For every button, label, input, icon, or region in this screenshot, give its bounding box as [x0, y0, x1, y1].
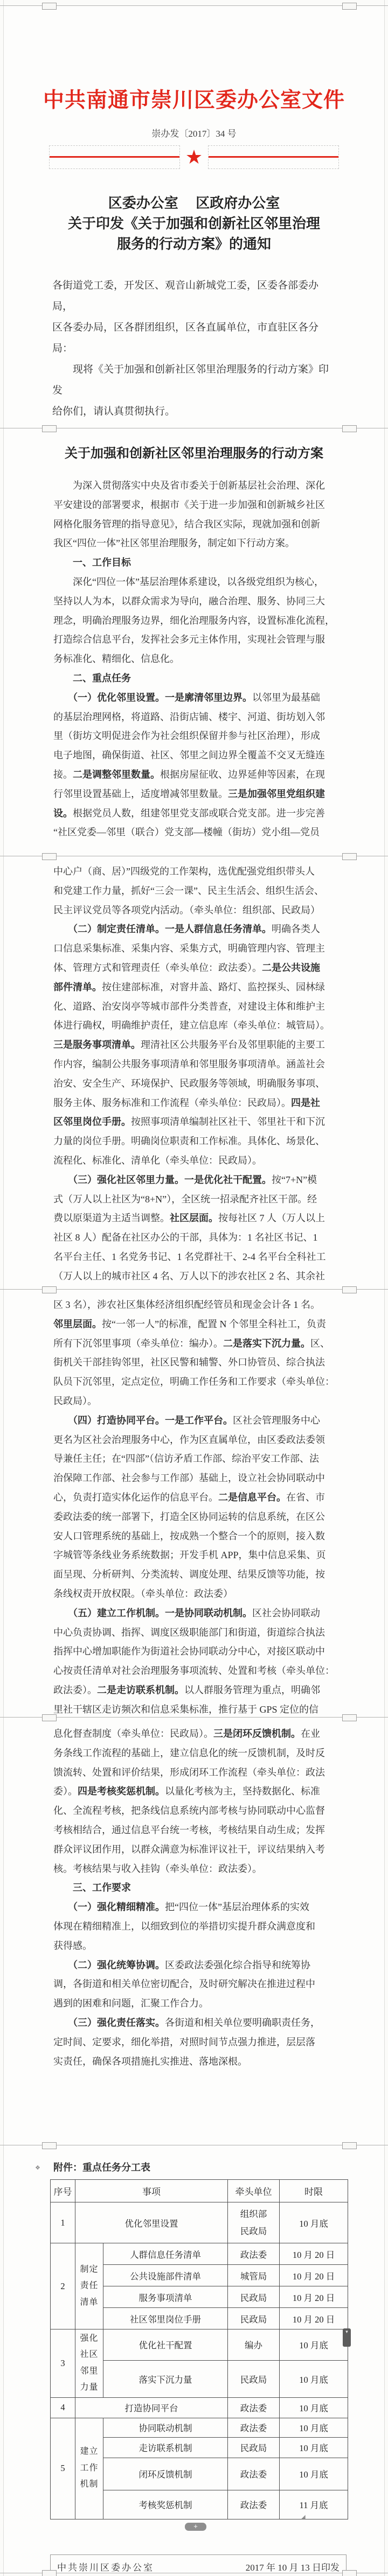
cell-deadline: 10 月 20 日 [280, 2286, 348, 2308]
table-row: 1优化邻里设置组织部民政局10 月底 [51, 2202, 348, 2243]
cell-item: 打造协同平台 [75, 2397, 228, 2418]
body-line: 群众评议团作用，以群众满意为标准评议社干，评议结果纳入考 [53, 1840, 337, 1860]
text-run: 根据房屋征收、边界延伸等因素，在现 [160, 769, 325, 780]
body-line: 社区 8 人）配备在社区办公的干部，具体为：1 名社区书记、1 [53, 1228, 337, 1248]
cell-no: 1 [51, 2202, 75, 2243]
col-header-item: 事项 [75, 2180, 228, 2202]
text-run: 调，各街道和相关单位密切配合，及时研究解决在推进过程中 [53, 1979, 315, 1989]
bold-run: 一是协同联动机制。 [165, 1608, 252, 1618]
body-line: 实责任，确保各项措施扎实推进、落地深根。 [53, 2052, 337, 2072]
text-run: 的基层治理网格，将道路、沿街店铺、楼宇、河道、街坊划入邻 [53, 712, 325, 722]
text-run: 体现在精细精准上，以细致到位的举措切实提升群众满意度和 [53, 1921, 315, 1932]
body-line: 和党建工作力量，抓好“三会一课”、民主生活会、组织生活会、 [53, 882, 337, 901]
body-line: 体进行确权，明确维护责任，建立信息库（牵头单位：城管局）。 [53, 1016, 337, 1036]
bold-run: 二是走访联系机制。 [97, 1685, 184, 1695]
cell-item: 落实下沉力量 [103, 2360, 228, 2397]
text-run: 核。考核结果与收入挂钩（牵头单位：政法委）。 [53, 1863, 262, 1874]
cell-unit: 政法委 [228, 2490, 280, 2519]
margin-mark-icon [342, 3, 357, 10]
cell-deadline: 10 月底 [280, 2458, 348, 2490]
body-line: 三、工作要求 [53, 1878, 337, 1898]
cell-group: 制定责任清单 [75, 2243, 103, 2329]
text-run: 导兼任主任；在“四部”（信访矛盾工作部、综治平安工作部、法 [53, 1453, 319, 1464]
document-number: 崇办发〔2017〕34 号 [4, 126, 384, 139]
cell-line: 组织部 [230, 2206, 278, 2222]
text-run: 作内容，编制公共服务事项清单和邻里服务事项清单。涵盖社会 [53, 1059, 325, 1069]
text-run: 治安、安全生产、环境保护、民政服务等领域，明确服务事项、 [53, 1078, 325, 1089]
divider-right-segment [208, 145, 339, 169]
text-run: 以量化考核为主，坚持数据化、标准 [165, 1786, 320, 1797]
body-line: 更名为区社会治理服务中心，作为区直属单位，由区委政法委领 [53, 1431, 337, 1450]
cell-deadline: 10 月底 [280, 2437, 348, 2458]
plan-title: 关于加强和创新社区邻里治理服务的行动方案 [4, 429, 384, 463]
text-run: 行邻里设置基础上，适度增减邻里数量。 [53, 789, 228, 799]
plan-body-page5: 息化督查制度（牵头单位：民政局）。三是闭环反馈机制。在业务条线工作流程的基础上，… [4, 1725, 384, 2071]
bold-run: 二是公共设施 [262, 962, 320, 973]
body-line: 政法委）。二是走访联系机制。以人群服务管理为重点，明确邻 [53, 1681, 337, 1700]
margin-mark-icon [42, 1714, 57, 1721]
cell-deadline: 10 月 20 日 [280, 2265, 348, 2286]
document-scan: { "accent_red": "#e2251a", "header": { "… [0, 0, 388, 2576]
text-run: 区委政法委强化综合指导和统筹协 [165, 1960, 310, 1970]
cell-deadline: 10 月底 [280, 2202, 348, 2243]
bold-run: 二、重点任务 [53, 673, 131, 684]
text-run: 平安建设的部署要求，根据市《关于进一步加强和创新城乡社区 [53, 499, 325, 510]
task-assignment-table: 序号事项牵头单位时限1优化邻里设置组织部民政局10 月底2制定责任清单人群信息任… [50, 2179, 348, 2519]
bold-run: 一是工作平台。 [165, 1415, 233, 1426]
text-run: 按“7+N”模 [272, 1174, 317, 1185]
body-line: 部件清单。按住建部标准，对窨井盖、路灯、监控探头、园林绿 [53, 978, 337, 997]
body-line: 核。考核结果与收入挂钩（牵头单位：政法委）。 [53, 1860, 337, 1879]
body-line: 调，各街道和相关单位密切配合，及时研究解决在推进过程中 [53, 1975, 337, 1994]
cell-deadline: 11 月底 [280, 2490, 348, 2519]
text-run: 区各委办局，区各群团组织，区各直属单位，市直驻区各分局： [52, 322, 318, 354]
text-run: “社区党委—邻里（联合）党支部—楼幢（街坊）党小组—党员 [53, 827, 320, 837]
cell-group: 强化社区邻里力量 [75, 2329, 103, 2398]
text-run: 群众评议团作用，以群众满意为标准评议社干，评议结果纳入考 [53, 1844, 325, 1855]
cell-item: 公共设施部件清单 [103, 2265, 228, 2286]
scroll-handle-icon[interactable]: ▾ [343, 2328, 351, 2347]
cell-item: 社区邻里岗位手册 [103, 2308, 228, 2329]
body-line: 深化“四位一体”基层治理体系建设，以各级党组织为核心， [53, 573, 337, 592]
text-run: 考核相结合，通过信息平台统一考核，考核结果自动生成；发挥 [53, 1825, 325, 1835]
body-line: 打造综合信息平台，发挥社会多元主体作用，实现社会管理与服 [53, 630, 337, 650]
bold-run: 四是考核奖惩机制。 [78, 1786, 165, 1797]
body-line: 接。二是调整邻里数量。根据房屋征收、边界延伸等因素，在现 [53, 765, 337, 785]
body-line: 体现在精细精准上，以细致到位的举措切实提升群众满意度和 [53, 1917, 337, 1937]
bold-run: 四是社 [291, 1097, 320, 1108]
body-line: 理念，明确治理服务边界，细化治理服务内容，设置标准化流程， [53, 611, 337, 631]
plan-body-page2: 为深入贯彻落实中央及省市委关于创新基层社会治理、深化平安建设的部署要求，根据市《… [4, 476, 384, 842]
text-run: 我区“四位一体”社区邻里治理服务，制定如下行动方案。 [53, 538, 295, 548]
body-line: 作内容，编制公共服务事项清单和邻里服务事项清单。涵盖社会 [53, 1055, 337, 1074]
body-line: 各街道党工委，开发区、观音山新城党工委，区委各部委办局， [52, 275, 336, 317]
text-run: 心，负责打造实体化运作的信息平台。 [53, 1492, 218, 1503]
cell-group: 建立工作机制 [75, 2418, 103, 2519]
body-line: 电子地图，确保街道、社区、邻里之间边界全覆盖不交叉无缝连 [53, 746, 337, 765]
body-line: 中心负责协调、指挥、调度区级职能部门和街道，街道综合执法 [53, 1623, 337, 1643]
margin-mark-icon [42, 853, 57, 860]
body-line: （一）强化精细精准。把“四位一体”基层治理体系的实效 [53, 1898, 337, 1917]
cell-no: 4 [51, 2397, 75, 2418]
body-line: 民政局）。 [53, 1392, 337, 1411]
bold-run: 二是落实下沉力量。 [223, 1338, 310, 1349]
text-run: 坚持以人为本，以群众需求为导向，融合治理、服务、协同三大 [53, 596, 325, 607]
text-run: 打造综合信息平台，发挥社会多元主体作用，实现社会管理与服 [53, 634, 325, 645]
text-run: 民主评议党员等各项党内活动。（牵头单位：组织部、民政局） [53, 905, 320, 916]
text-run: 安人口管理系统的基础上，按成熟一个整合一个的原则，接入数 [53, 1531, 325, 1542]
margin-mark-icon [342, 1714, 357, 1721]
page-break [0, 2145, 388, 2145]
print-footer-issuer: 中共崇川区委办公室 [57, 2560, 154, 2573]
body-line: 设。根据党员人数，组建邻里党支部或联合党支部。进一步完善 [53, 804, 337, 824]
text-run: 根据党员人数，组建邻里党支部或联合党支部。进一步完善 [73, 808, 325, 819]
cell-item: 协同联动机制 [103, 2418, 228, 2437]
cell-item: 服务事项清单 [103, 2286, 228, 2308]
text-run: 按照事项清单编制社区社干、邻里社干和下沉 [131, 1116, 325, 1127]
body-line: 流程化、标准化、清单化（牵头单位：民政局）。 [53, 1151, 337, 1171]
text-run: 里社干辖区走访频次和信息采集标准，推行基于 GPS 定位的信 [53, 1704, 318, 1715]
body-line: 所有下沉邻里事项（牵头单位：编办）。二是落实下沉力量。区、 [53, 1334, 337, 1354]
text-run: 把“四位一体”基层治理体系的实效 [165, 1902, 309, 1912]
bold-run: 一是廓清邻里边界。 [165, 692, 252, 703]
cell-deadline: 10 月底 [280, 2418, 348, 2437]
body-line: 馈流转、处置和评价结果，形成闭环工作流程（牵头单位：政法 [53, 1763, 337, 1783]
cell-unit: 民政局 [228, 2286, 280, 2308]
page-break [0, 5, 388, 6]
text-run: 按每社区 7 人（万人以上 [218, 1213, 325, 1223]
bold-run: （三）强化社区邻里力量。 [53, 1174, 184, 1185]
body-line: 民主评议党员等各项党内活动。（牵头单位：组织部、民政局） [53, 901, 337, 920]
margin-mark-icon [42, 2570, 57, 2576]
body-line: 化、道路、治安岗亭等城市部件分类普查，对建设主体和维护主 [53, 997, 337, 1017]
bold-run: 一、工作目标 [53, 557, 131, 568]
margin-mark-icon [342, 853, 357, 860]
body-line: 里（街坊文明促进会作为社会组织保留并参与社区治理），形成 [53, 727, 337, 746]
body-line: 获得感。 [53, 1937, 337, 1956]
bold-run: 三是闭环反馈机制。 [213, 1728, 301, 1739]
cell-item: 人群信息任务清单 [103, 2243, 228, 2265]
body-line: 条线权责开放权限。（牵头单位：政法委） [53, 1585, 337, 1604]
attachment-label-text: 附件：重点任务分工表 [53, 2162, 150, 2173]
cell-no: 5 [51, 2418, 75, 2519]
page-break [0, 2573, 388, 2573]
margin-mark-icon [342, 2570, 357, 2576]
body-line: （二）强化统筹协调。区委政法委强化综合指导和统筹协 [53, 1956, 337, 1975]
bold-run: （五）建立工作机制。 [53, 1608, 165, 1618]
bold-run: 三是服务事项清单。 [53, 1039, 141, 1050]
table-resize-handle[interactable]: ◢ [301, 2514, 306, 2520]
text-run: 电子地图，确保街道、社区、邻里之间边界全覆盖不交叉无缝连 [53, 750, 325, 761]
body-line: 服务主体、服务标准和工作流程（牵头单位：民政局）。四是社 [53, 1094, 337, 1113]
body-line: 街机关干部挂钩邻里，社区民警和辅警、外口协管员、综合执法 [53, 1353, 337, 1373]
bold-run: 社区层面。 [170, 1213, 218, 1223]
document-header-title: 中共南通市崇川区委办公室文件 [4, 88, 384, 113]
cell-unit: 民政局 [228, 2360, 280, 2397]
object-anchor-icon: ❖ [35, 2164, 40, 2171]
body-line: 中心户（商、居）”四级党的工作架构，选优配强党组织带头人 [53, 862, 337, 882]
text-run: 里（街坊文明促进会作为社会组织保留并参与社区治理），形成 [53, 730, 320, 741]
margin-mark-icon [342, 2142, 357, 2149]
text-run: 遇到的困难和问题，汇聚工作合力。 [53, 1998, 209, 2009]
text-run: 政法委）。 [53, 1685, 97, 1695]
text-run: 获得感。 [53, 1940, 92, 1951]
page-1: 中共南通市崇川区委办公室文件 崇办发〔2017〕34 号 ★ 区委办公室 区政府… [4, 6, 384, 428]
bold-run: （一）强化精细精准。 [53, 1902, 165, 1912]
table-row: 5建立工作机制协同联动机制政法委10 月底 [51, 2418, 348, 2437]
text-run: 面呈现、分析研判、分类流转、调度处理、结果反馈等功能，按 [53, 1569, 325, 1580]
body-line: 一、工作目标 [53, 553, 337, 573]
col-header-no: 序号 [51, 2180, 75, 2202]
page-4: 区 3 名），涉农社区集体经济组织配经管员和现金会计各 1 名。邻里层面。按“一… [4, 1290, 384, 1717]
text-run: 明确各类人 [272, 924, 320, 934]
text-run: 社区 8 人）配备在社区办公的干部，具体为：1 名社区书记、1 [53, 1232, 318, 1243]
text-run: 力量的岗位手册。明确岗位职责和工作标准。具体化、场景化、 [53, 1136, 325, 1146]
text-run: 实责任，确保各项措施扎实推进、落地深根。 [53, 2056, 247, 2067]
page-6: ❖ 附件：重点任务分工表 序号事项牵头单位时限1优化邻里设置组织部民政局10 月… [4, 2146, 384, 2573]
text-run: 服务主体、服务标准和工作流程（牵头单位：民政局）。 [53, 1097, 291, 1108]
body-line: 息化督查制度（牵头单位：民政局）。三是闭环反馈机制。在业 [53, 1725, 337, 1744]
text-run: 馈流转、处置和评价结果，形成闭环工作流程（牵头单位：政法 [53, 1767, 325, 1778]
cell-unit: 政法委 [228, 2458, 280, 2490]
table-header-row: 序号事项牵头单位时限 [51, 2180, 348, 2202]
text-run: 接。 [53, 769, 73, 780]
margin-mark-icon [42, 1286, 57, 1293]
text-run: 在业 [301, 1728, 320, 1739]
bold-run: （四）打造协同平台。 [53, 1415, 165, 1426]
text-run: 化、道路、治安岗亭等城市部件分类普查，对建设主体和维护主 [53, 1001, 325, 1012]
body-line: 遇到的困难和问题，汇聚工作合力。 [53, 1994, 337, 2014]
text-run: 区、 [310, 1338, 330, 1349]
body-line: 务标准化、精细化、信息化。 [53, 650, 337, 669]
cell-unit: 组织部民政局 [228, 2202, 280, 2243]
page-2: 关于加强和创新社区邻里治理服务的行动方案 为深入贯彻落实中央及省市委关于创新基层… [4, 429, 384, 856]
body-line: 平安建设的部署要求，根据市《关于进一步加强和创新城乡社区 [53, 496, 337, 515]
notice-title-line: 服务的行动方案》的通知 [4, 234, 384, 255]
cell-no: 3 [51, 2329, 75, 2398]
body-line: 治保障工作部、社会参与工作部）基础上，设立社会协同联动中 [53, 1469, 337, 1488]
text-run: 以人群服务管理为重点，明确邻 [184, 1685, 320, 1695]
bold-run: 邻里层面。 [53, 1319, 102, 1329]
body-line: 为深入贯彻落实中央及省市委关于创新基层社会治理、深化 [53, 476, 337, 496]
cell-deadline: 10 月底 [280, 2397, 348, 2418]
body-line: （二）制定责任清单。一是人群信息任务清单。明确各类人 [53, 920, 337, 939]
text-run: 治保障工作部、社会参与工作部）基础上，设立社会协同联动中 [53, 1473, 325, 1483]
body-line: 我区“四位一体”社区邻里治理服务，制定如下行动方案。 [53, 534, 337, 553]
text-run: 民政局）。 [53, 1396, 97, 1406]
body-line: 心按责任清单对社会治理服务事项流转、处置和考核（牵头单位： [53, 1662, 337, 1681]
text-run: 务标准化、精细化、信息化。 [53, 653, 179, 664]
text-run: 委政法委的统一部署下，打造全区协同运转的信息系统，在区公 [53, 1511, 325, 1522]
cell-deadline: 10 月底 [280, 2360, 348, 2397]
text-run: 更名为区社会治理服务中心，作为区直属单位，由区委政法委领 [53, 1434, 325, 1445]
text-run: 委）。 [53, 1786, 78, 1797]
table-expand-button[interactable]: + [185, 2523, 206, 2531]
text-run: 化、全流程考核，把条线信息系统内部考核与协同联动中心监督 [53, 1805, 325, 1816]
text-run: 网格化服务管理的指导意见》，结合我区实际，现就加强和创新 [53, 519, 320, 530]
cell-unit: 编办 [228, 2329, 280, 2361]
col-header-unit: 牵头单位 [228, 2180, 280, 2202]
body-line: 力量的岗位手册。明确岗位职责和工作标准。具体化、场景化、 [53, 1132, 337, 1151]
cell-deadline: 10 月 20 日 [280, 2308, 348, 2329]
text-run: 务条线工作流程的基础上，建立信息化的统一反馈机制，及时反 [53, 1748, 325, 1758]
body-line: 式（万人以上社区为“8+N”），全区统一招录配齐社区干部。经 [53, 1190, 337, 1209]
page-break [0, 1289, 388, 1290]
body-line: 委）。四是考核奖惩机制。以量化考核为主，坚持数据化、标准 [53, 1782, 337, 1801]
bold-run: （三）强化责任落实。 [53, 2017, 165, 2028]
body-line: “社区党委—邻里（联合）党支部—楼幢（街坊）党小组—党员 [53, 823, 337, 842]
body-line: 行邻里设置基础上，适度增减邻里数量。三是加强邻里党组织建 [53, 785, 337, 804]
red-line [50, 156, 179, 158]
notice-title-line: 关于印发《关于加强和创新社区邻里治理 [4, 214, 384, 234]
text-run: 在省、市 [286, 1492, 325, 1503]
bold-run: 三、工作要求 [53, 1882, 131, 1893]
bold-run: （二）强化统筹协调。 [53, 1960, 165, 1970]
body-line: 委政法委的统一部署下，打造全区协同运转的信息系统，在区公 [53, 1508, 337, 1527]
body-line: 二、重点任务 [53, 669, 337, 688]
text-run: 按“一邻一人”的标准，配置 N 个邻里全科社工，负责 [102, 1319, 326, 1329]
page-break [0, 1717, 388, 1718]
body-line: 给你们，请认真贯彻执行。 [52, 401, 336, 422]
text-run: 流程化、标准化、清单化（牵头单位：民政局）。 [53, 1155, 262, 1166]
body-line: 邻里层面。按“一邻一人”的标准，配置 N 个邻里全科社工，负责 [53, 1315, 337, 1334]
text-run: 队员下沉邻里，定点定位，明确工作任务和工作要求（牵头单位： [53, 1376, 335, 1387]
notice-body: 各街道党工委，开发区、观音山新城党工委，区委各部委办局，区各委办局，区各群团组织… [4, 275, 384, 422]
text-run: 街机关干部挂钩邻里，社区民警和辅警、外口协管员、综合执法 [53, 1357, 325, 1368]
body-line: 治安、安全生产、环境保护、民政服务等领域，明确服务事项、 [53, 1074, 337, 1094]
table-row: 2制定责任清单人群信息任务清单政法委10 月 20 日 [51, 2243, 348, 2265]
text-run: 式（万人以上社区为“8+N”），全区统一招录配齐社区干部。经 [53, 1194, 317, 1205]
margin-mark-icon [342, 425, 357, 432]
text-run: 定时间、定要求，细化举措，对照时间节点强力推进，层层落 [53, 2037, 315, 2047]
table-row: 4打造协同平台政法委10 月底 [51, 2397, 348, 2418]
body-line: （万人以上的城市社区 4 名、万人以下的涉农社区 2 名、其余社 [53, 1267, 337, 1286]
bold-run: 一是人群信息任务清单。 [165, 924, 272, 934]
body-line: 指挥中心增加职能作为街道社会协同联动分中心，对接区联动中 [53, 1642, 337, 1662]
star-icon: ★ [180, 146, 208, 168]
notice-title-line: 区委办公室 区政府办公室 [4, 193, 384, 214]
body-line: （一）优化邻里设置。一是廓清邻里边界。以邻里为最基础 [53, 688, 337, 708]
body-line: 导兼任主任；在“四部”（信访矛盾工作部、综治平安工作部、法 [53, 1449, 337, 1469]
cell-deadline: 10 月底 [280, 2329, 348, 2361]
page-right-edge [384, 0, 385, 2576]
body-line: 区邻里岗位手册。按照事项清单编制社区社干、邻里社干和下沉 [53, 1113, 337, 1132]
text-run: 区社会管理服务中心 [233, 1415, 320, 1426]
body-line: 现将《关于加强和创新社区邻里治理服务的行动方案》印发 [52, 359, 336, 401]
text-run: 条线权责开放权限。（牵头单位：政法委） [53, 1588, 233, 1599]
text-run: 以邻里为最基础 [252, 692, 320, 703]
page-break [0, 428, 388, 428]
bold-run: 二是信息平台。 [218, 1492, 286, 1503]
cell-unit: 政法委 [228, 2243, 280, 2265]
body-line: 队员下沉邻里，定点定位，明确工作任务和工作要求（牵头单位： [53, 1373, 337, 1392]
divider-left-segment [49, 145, 180, 169]
text-run: 理念，明确治理服务边界，细化治理服务内容，设置标准化流程， [53, 615, 335, 626]
text-run: 中心负责协调、指挥、调度区级职能部门和街道，街道综合执法 [53, 1627, 325, 1638]
margin-mark-icon [42, 3, 57, 10]
body-line: 安人口管理系统的基础上，按成熟一个整合一个的原则，接入数 [53, 1527, 337, 1546]
body-line: （三）强化社区邻里力量。一是优化社干配置。按“7+N”模 [53, 1171, 337, 1190]
cell-unit: 城管局 [228, 2265, 280, 2286]
page-5: 息化督查制度（牵头单位：民政局）。三是闭环反馈机制。在业务条线工作流程的基础上，… [4, 1718, 384, 2145]
text-run: 现将《关于加强和创新社区邻里治理服务的行动方案》印发 [52, 364, 329, 396]
body-line: 心，负责打造实体化运作的信息平台。二是信息平台。在省、市 [53, 1488, 337, 1508]
cell-no: 2 [51, 2243, 75, 2329]
text-run: 名平台主任、1 名党务书记、1 名党群社干、2-4 名平台全科社工 [53, 1251, 326, 1262]
body-line: 考核相结合，通过信息平台统一考核，考核结果自动生成；发挥 [53, 1821, 337, 1840]
text-run: 各街道和相关单位要明确职责任务， [165, 2017, 320, 2028]
body-line: 费以原渠道为主适当调整。社区层面。按每社区 7 人（万人以上 [53, 1209, 337, 1228]
body-line: 区 3 名），涉农社区集体经济组织配经管员和现金会计各 1 名。 [53, 1296, 337, 1315]
body-line: 面呈现、分析研判、分类流转、调度处理、结果反馈等功能，按 [53, 1565, 337, 1585]
body-line: （五）建立工作机制。一是协同联动机制。区社会协同联动 [53, 1604, 337, 1623]
plan-body-page4: 区 3 名），涉农社区集体经济组织配经管员和现金会计各 1 名。邻里层面。按“一… [4, 1296, 384, 1720]
text-run: 中心户（商、居）”四级党的工作架构，选优配强党组织带头人 [53, 866, 315, 877]
text-run: 体进行确权，明确维护责任，建立信息库（牵头单位：城管局）。 [53, 1020, 330, 1031]
body-line: 三是服务事项清单。理清社区公共服务平台及邻里职能的主要工 [53, 1036, 337, 1055]
cell-line: 民政局 [230, 2223, 278, 2240]
body-line: 口信息采集标准、采集内容、采集方式，明确管理内容、管理主 [53, 939, 337, 959]
table-row: 3强化社区邻里力量优化社干配置编办10 月底 [51, 2329, 348, 2361]
red-line [209, 156, 338, 158]
body-line: 区各委办局，区各群团组织，区各直属单位，市直驻区各分局： [52, 317, 336, 359]
margin-mark-icon [42, 425, 57, 432]
attachment-label: ❖ 附件：重点任务分工表 [4, 2146, 384, 2174]
text-run: （万人以上的城市社区 4 名、万人以下的涉农社区 2 名、其余社 [53, 1271, 325, 1282]
cell-item: 考核奖惩机制 [103, 2490, 228, 2519]
text-run: 给你们，请认真贯彻执行。 [52, 406, 175, 417]
text-run: 字城管等条线业务系统数据；开发手机 APP，集中信息采集、页 [53, 1550, 326, 1560]
red-divider: ★ [49, 145, 339, 170]
bold-run: （二）制定责任清单。 [53, 924, 165, 934]
text-run: 口信息采集标准、采集内容、采集方式，明确管理内容、管理主 [53, 943, 325, 954]
body-line: 务条线工作流程的基础上，建立信息化的统一反馈机制，及时反 [53, 1744, 337, 1763]
text-run: 所有下沉邻里事项（牵头单位：编办）。 [53, 1338, 223, 1349]
cell-item: 优化社干配置 [103, 2329, 228, 2361]
body-line: 坚持以人为本，以群众需求为导向，融合治理、服务、协同三大 [53, 592, 337, 611]
bold-run: 一是优化社干配置。 [184, 1174, 272, 1185]
body-line: 名平台主任、1 名党务书记、1 名党群社干、2-4 名平台全科社工 [53, 1248, 337, 1267]
cell-item: 走访联系机制 [103, 2437, 228, 2458]
page-3: 中心户（商、居）”四级党的工作架构，选优配强党组织带头人和党建工作力量，抓好“三… [4, 857, 384, 1289]
cell-unit: 政法委 [228, 2397, 280, 2418]
bold-run: 三是加强邻里党组织建 [228, 789, 325, 799]
page-break [0, 856, 388, 856]
text-run: 指挥中心增加职能作为街道社会协同联动分中心，对接区联动中 [53, 1646, 325, 1657]
cell-unit: 政法委 [228, 2418, 280, 2437]
body-line: 的基层治理网格，将道路、沿街店铺、楼宇、河道、街坊划入邻 [53, 708, 337, 727]
text-run: 为深入贯彻落实中央及省市委关于创新基层社会治理、深化 [53, 480, 325, 491]
text-run: 息化督查制度（牵头单位：民政局）。 [53, 1728, 213, 1739]
text-run: 和党建工作力量，抓好“三会一课”、民主生活会、组织生活会、 [53, 885, 324, 896]
cell-item: 闭环反馈机制 [103, 2458, 228, 2490]
body-line: 网格化服务管理的指导意见》，结合我区实际，现就加强和创新 [53, 515, 337, 534]
body-line: 化、全流程考核，把条线信息系统内部考核与协同联动中心监督 [53, 1801, 337, 1821]
col-header-deadline: 时限 [280, 2180, 348, 2202]
bold-run: 部件清单。 [53, 982, 102, 993]
cell-item: 优化邻里设置 [75, 2202, 228, 2243]
cell-deadline: 10 月 20 日 [280, 2243, 348, 2265]
text-run: 区社会协同联动 [252, 1608, 320, 1618]
body-line: 定时间、定要求，细化举措，对照时间节点强力推进，层层落 [53, 2033, 337, 2052]
body-line: 体、管理方式和管理责任（牵头单位：政法委）。二是公共设施 [53, 959, 337, 978]
bold-run: 二是调整邻里数量。 [73, 769, 160, 780]
text-run: 费以原渠道为主适当调整。 [53, 1213, 170, 1223]
cell-unit: 民政局 [228, 2308, 280, 2329]
notice-title: 区委办公室 区政府办公室 关于印发《关于加强和创新社区邻里治理 服务的行动方案》… [4, 193, 384, 255]
bold-run: （一）优化邻里设置。 [53, 692, 165, 703]
print-footer-date: 2017 年 10 月 13 日印发 [246, 2560, 339, 2573]
